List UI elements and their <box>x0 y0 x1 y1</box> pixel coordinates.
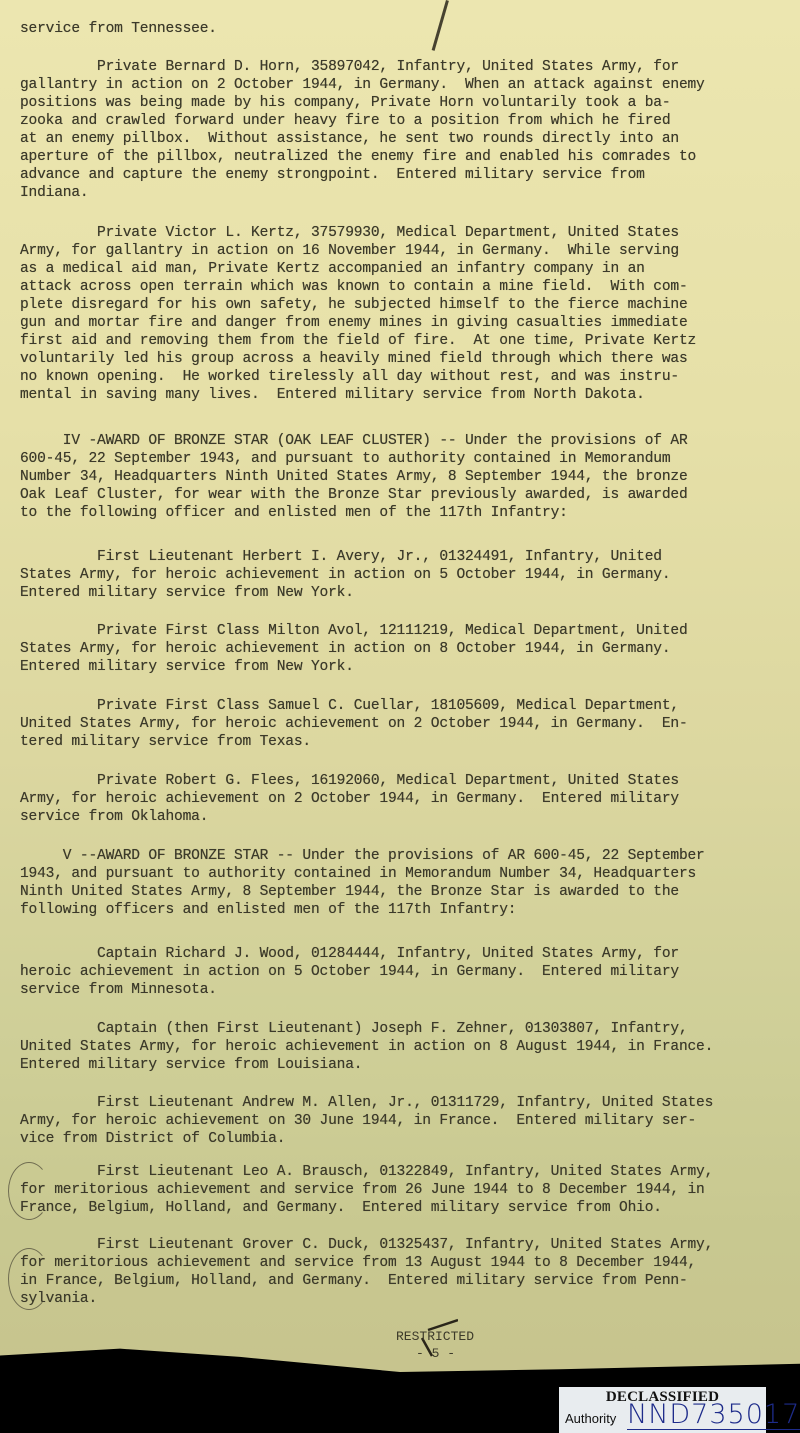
document-line: service from Minnesota. <box>20 981 790 999</box>
document-line: Private First Class Samuel C. Cuellar, 1… <box>20 697 790 715</box>
document-line: sylvania. <box>20 1290 790 1308</box>
document-line: Number 34, Headquarters Ninth United Sta… <box>20 468 790 486</box>
document-line: First Lieutenant Grover C. Duck, 0132543… <box>20 1236 790 1254</box>
document-line: States Army, for heroic achievement in a… <box>20 640 790 658</box>
document-line: voluntarily led his group across a heavi… <box>20 350 790 368</box>
document-line: Captain (then First Lieutenant) Joseph F… <box>20 1020 790 1038</box>
margin-circle-mark <box>8 1162 50 1220</box>
document-line: First Lieutenant Andrew M. Allen, Jr., 0… <box>20 1094 790 1112</box>
document-line: France, Belgium, Holland, and Germany. E… <box>20 1199 790 1217</box>
document-line: first aid and removing them from the fie… <box>20 332 790 350</box>
document-line: Army, for heroic achievement on 30 June … <box>20 1112 790 1130</box>
document-line: vice from District of Columbia. <box>20 1130 790 1148</box>
document-line: Entered military service from New York. <box>20 658 790 676</box>
document-line: 1943, and pursuant to authority containe… <box>20 865 790 883</box>
declassified-stamp: DECLASSIFIED Authority NND735017 <box>559 1387 766 1433</box>
document-line: service from Tennessee. <box>20 20 790 38</box>
document-line: Army, for gallantry in action on 16 Nove… <box>20 242 790 260</box>
document-line: Private First Class Milton Avol, 1211121… <box>20 622 790 640</box>
document-line: mental in saving many lives. Entered mil… <box>20 386 790 404</box>
authority-number: NND735017 <box>627 1401 800 1430</box>
document-line: Ninth United States Army, 8 September 19… <box>20 883 790 901</box>
document-line: attack across open terrain which was kno… <box>20 278 790 296</box>
classification-label: RESTRICTED <box>396 1329 474 1344</box>
document-line: gallantry in action on 2 October 1944, i… <box>20 76 790 94</box>
document-line: Entered military service from New York. <box>20 584 790 602</box>
document-line: for meritorious achievement and service … <box>20 1254 790 1272</box>
document-line: Private Robert G. Flees, 16192060, Medic… <box>20 772 790 790</box>
document-line: as a medical aid man, Private Kertz acco… <box>20 260 790 278</box>
document-line: gun and mortar fire and danger from enem… <box>20 314 790 332</box>
margin-circle-mark <box>8 1248 50 1310</box>
document-line: Army, for heroic achievement on 2 Octobe… <box>20 790 790 808</box>
document-line: for meritorious achievement and service … <box>20 1181 790 1199</box>
document-line: following officers and enlisted men of t… <box>20 901 790 919</box>
document-line: plete disregard for his own safety, he s… <box>20 296 790 314</box>
document-line: United States Army, for heroic achieveme… <box>20 1038 790 1056</box>
document-line: tered military service from Texas. <box>20 733 790 751</box>
authority-label: Authority <box>565 1411 616 1426</box>
document-line: V --AWARD OF BRONZE STAR -- Under the pr… <box>20 847 790 865</box>
document-line: at an enemy pillbox. Without assistance,… <box>20 130 790 148</box>
document-line: United States Army, for heroic achieveme… <box>20 715 790 733</box>
document-line: Oak Leaf Cluster, for wear with the Bron… <box>20 486 790 504</box>
document-line: Private Bernard D. Horn, 35897042, Infan… <box>20 58 790 76</box>
document-line: heroic achievement in action on 5 Octobe… <box>20 963 790 981</box>
document-line: IV -AWARD OF BRONZE STAR (OAK LEAF CLUST… <box>20 432 790 450</box>
document-line: Private Victor L. Kertz, 37579930, Medic… <box>20 224 790 242</box>
document-line: aperture of the pillbox, neutralized the… <box>20 148 790 166</box>
document-line: 600-45, 22 September 1943, and pursuant … <box>20 450 790 468</box>
document-line: Captain Richard J. Wood, 01284444, Infan… <box>20 945 790 963</box>
document-line: First Lieutenant Herbert I. Avery, Jr., … <box>20 548 790 566</box>
document-line: zooka and crawled forward under heavy fi… <box>20 112 790 130</box>
document-line: in France, Belgium, Holland, and Germany… <box>20 1272 790 1290</box>
document-line: advance and capture the enemy strongpoin… <box>20 166 790 184</box>
document-line: Entered military service from Louisiana. <box>20 1056 790 1074</box>
document-line: service from Oklahoma. <box>20 808 790 826</box>
document-line: to the following officer and enlisted me… <box>20 504 790 522</box>
document-page: service from Tennessee. Private Bernard … <box>0 0 800 1372</box>
page-number: - 5 - <box>416 1346 455 1361</box>
document-line: States Army, for heroic achievement in a… <box>20 566 790 584</box>
document-line: Indiana. <box>20 184 790 202</box>
document-line: First Lieutenant Leo A. Brausch, 0132284… <box>20 1163 790 1181</box>
document-line: no known opening. He worked tirelessly a… <box>20 368 790 386</box>
document-line: positions was being made by his company,… <box>20 94 790 112</box>
